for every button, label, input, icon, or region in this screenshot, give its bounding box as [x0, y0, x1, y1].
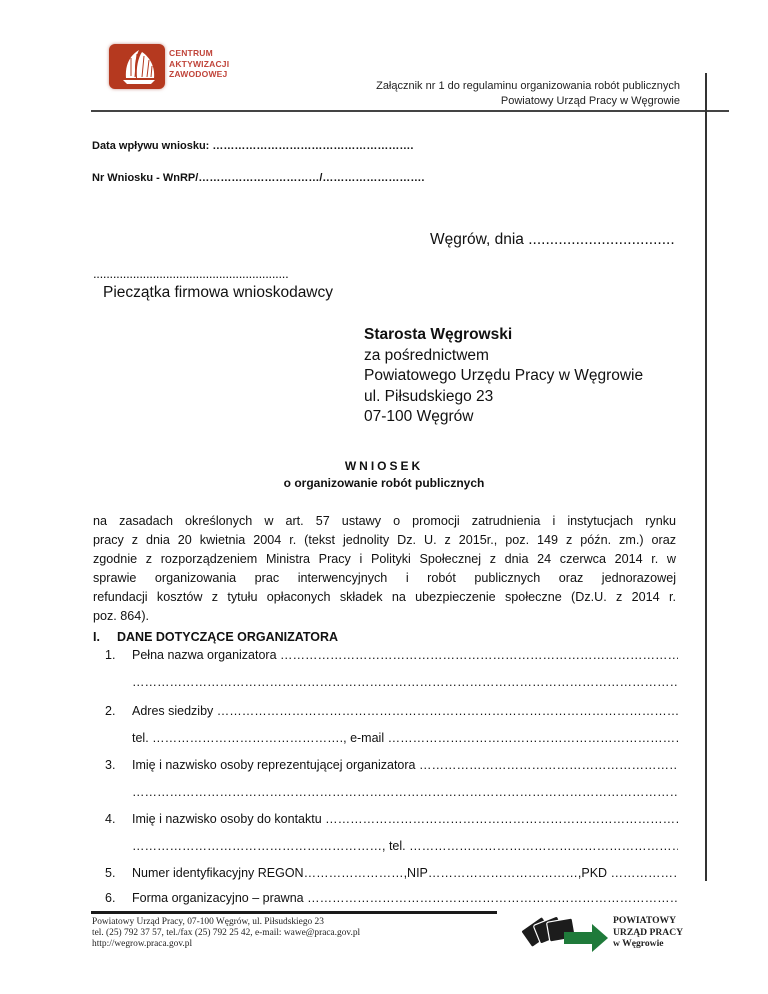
- item-label: Numer identyfikacyjny REGON……………………,NIP……: [132, 866, 678, 880]
- item-label: Adres siedziby ……………………………………………………………………: [132, 704, 678, 718]
- form-item-identifiers[interactable]: 5. Numer identyfikacyjny REGON……………………,N…: [105, 866, 678, 880]
- form-item-contact-phone[interactable]: ……………………………………………………, tel. ……………………………………: [132, 839, 678, 853]
- form-item-continuation[interactable]: ……………………………………………………………………………………………………………: [132, 785, 678, 799]
- application-number-field: Nr Wniosku - WnRP/……………………………/……………………….: [92, 172, 424, 184]
- item-number: 6.: [105, 891, 132, 905]
- item-label: Pełna nazwa organizatora …………………………………………: [132, 648, 678, 662]
- office-line: Powiatowy Urząd Pracy w Węgrowie: [376, 94, 680, 109]
- item-label: Imię i nazwisko osoby do kontaktu …………………: [132, 812, 678, 826]
- form-item-continuation[interactable]: ……………………………………………………………………………………………………………: [132, 675, 678, 689]
- logo-line: URZĄD PRACY: [613, 927, 683, 939]
- section-heading: DANE DOTYCZĄCE ORGANIZATORA: [117, 630, 338, 644]
- form-item-contact-person[interactable]: 4. Imię i nazwisko osoby do kontaktu …………: [105, 812, 678, 826]
- addressee-line: Powiatowego Urzędu Pracy w Węgrowie: [364, 366, 643, 387]
- document-subtitle: o organizowanie robót publicznych: [0, 476, 768, 490]
- addressee-block: Starosta Węgrowski za pośrednictwem Powi…: [364, 325, 643, 428]
- footer-line: tel. (25) 792 37 57, tel./fax (25) 792 2…: [92, 928, 360, 939]
- item-number: 4.: [105, 812, 132, 826]
- addressee-line: ul. Piłsudskiego 23: [364, 387, 643, 408]
- item-number: 3.: [105, 758, 132, 772]
- item-label: Forma organizacyjno – prawna ………………………………: [132, 891, 678, 905]
- document-title: WNIOSEK: [0, 459, 768, 473]
- paragraph-line: pracy z dnia 20 kwietnia 2004 r. (tekst …: [93, 531, 676, 550]
- addressee-line: za pośrednictwem: [364, 346, 643, 367]
- sailboat-icon: [109, 44, 165, 89]
- pup-logo-text: POWIATOWY URZĄD PRACY w Węgrowie: [613, 915, 683, 950]
- form-item-full-name[interactable]: 1. Pełna nazwa organizatora …………………………………: [105, 648, 678, 662]
- logo-line: AKTYWIZACJI: [169, 59, 229, 70]
- paragraph-line: refundacji kosztów z tytułu opłaconych s…: [93, 588, 676, 607]
- centrum-logo-text: CENTRUM AKTYWIZACJI ZAWODOWEJ: [169, 48, 229, 80]
- header-rule: [91, 110, 729, 112]
- legal-basis-paragraph: na zasadach określonych w art. 57 ustawy…: [93, 512, 676, 626]
- logo-line: ZAWODOWEJ: [169, 69, 229, 80]
- footer-line: Powiatowy Urząd Pracy, 07-100 Węgrów, ul…: [92, 917, 360, 928]
- attachment-line: Załącznik nr 1 do regulaminu organizowan…: [376, 79, 680, 94]
- stamp-label: Pieczątka firmowa wnioskodawcy: [103, 284, 333, 302]
- logo-line: w Węgrowie: [613, 938, 683, 950]
- form-item-phone-email[interactable]: tel. ………………………………………., e-mail ……………………………: [132, 731, 678, 745]
- item-label: Imię i nazwisko osoby reprezentującej or…: [132, 758, 678, 772]
- paragraph-line: zgodnie z rozporządzeniem Ministra Pracy…: [93, 550, 676, 569]
- stamp-dotline: ........................................…: [93, 266, 288, 281]
- attachment-header: Załącznik nr 1 do regulaminu organizowan…: [376, 79, 680, 109]
- item-number: 5.: [105, 866, 132, 880]
- footer-rule: [91, 911, 497, 914]
- addressee-name: Starosta Węgrowski: [364, 325, 643, 346]
- item-number: 2.: [105, 704, 132, 718]
- logo-line: CENTRUM: [169, 48, 229, 59]
- receipt-date-field: Data wpływu wniosku: ……………………………………………….: [92, 140, 413, 152]
- form-item-representative[interactable]: 3. Imię i nazwisko osoby reprezentującej…: [105, 758, 678, 772]
- footer-address: Powiatowy Urząd Pracy, 07-100 Węgrów, ul…: [92, 917, 360, 950]
- form-item-address[interactable]: 2. Adres siedziby ……………………………………………………………: [105, 704, 678, 718]
- paragraph-line: sprawie organizowania prac interwencyjny…: [93, 569, 676, 588]
- cards-arrow-icon: [520, 910, 620, 960]
- section-number: I.: [93, 630, 100, 644]
- centrum-logo-badge: [109, 44, 165, 89]
- footer-url: http://wegrow.praca.gov.pl: [92, 939, 360, 950]
- paragraph-line: na zasadach określonych w art. 57 ustawy…: [93, 512, 676, 531]
- form-item-legal-form[interactable]: 6. Forma organizacyjno – prawna ………………………: [105, 891, 678, 905]
- logo-line: POWIATOWY: [613, 915, 683, 927]
- addressee-line: 07-100 Węgrów: [364, 407, 643, 428]
- item-number: 1.: [105, 648, 132, 662]
- paragraph-line: poz. 864).: [93, 607, 676, 626]
- place-date-field: Węgrów, dnia ...........................…: [430, 231, 675, 249]
